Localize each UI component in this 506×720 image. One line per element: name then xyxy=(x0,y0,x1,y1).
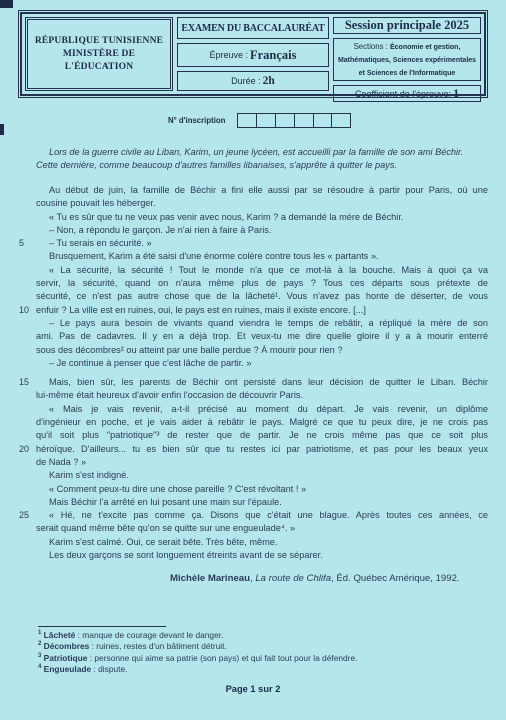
text-line: Au début de juin, la famille de Béchir a… xyxy=(36,184,488,197)
line-text: servir, la sécurité, quand on n'aura mêm… xyxy=(36,278,488,288)
inscription-box xyxy=(294,113,314,128)
text-line: 5– Tu serais en sécurité. » xyxy=(36,237,488,250)
text-line: « Mais je vais revenir, a-t-il précisé a… xyxy=(36,403,488,416)
line-text: sous des décombres² ou atteint par une b… xyxy=(36,345,342,355)
line-number: 20 xyxy=(19,443,29,456)
footnote-number: 2 xyxy=(38,642,41,648)
footnote-divider xyxy=(38,626,166,627)
exam-header-table: RÉPUBLIQUE TUNISIENNE MINISTÈRE DE L'ÉDU… xyxy=(18,10,488,98)
line-number: 5 xyxy=(19,237,24,250)
line-text: – Le pays aura besoin de vivants quand v… xyxy=(36,318,488,328)
inscription-box xyxy=(256,113,276,128)
text-line: Mais Béchir l'a arrêté en lui posant une… xyxy=(36,496,488,509)
ministry-label: MINISTÈRE DE L'ÉDUCATION xyxy=(28,48,170,74)
text-line: sous des décombres² ou atteint par une b… xyxy=(36,344,488,357)
text-line: 20héroïque. D'ailleurs... tu es bien sûr… xyxy=(36,443,488,456)
coefficient-cell: Coefficient de l'épreuve: 1 xyxy=(333,85,481,102)
footnote-term: Décombres xyxy=(44,641,90,651)
line-text: « Mais je vais revenir, a-t-il précisé a… xyxy=(36,404,488,414)
line-text: Au début de juin, la famille de Béchir a… xyxy=(36,185,488,195)
line-text: de Nada ? » xyxy=(36,457,86,467)
line-text: cousine pouvait les héberger. xyxy=(36,198,156,208)
inscription-box xyxy=(313,113,333,128)
footnote-number: 3 xyxy=(38,653,41,659)
line-text: Mais, bien sûr, les parents de Béchir on… xyxy=(36,377,488,387)
reading-text: Au début de juin, la famille de Béchir a… xyxy=(36,184,488,562)
subject-value: Français xyxy=(250,48,297,63)
exam-header-inner: RÉPUBLIQUE TUNISIENNE MINISTÈRE DE L'ÉDU… xyxy=(20,12,486,96)
footnote-term: Patriotique xyxy=(44,653,88,663)
line-text: Les deux garçons se sont longuement étre… xyxy=(36,550,323,560)
inscription-box xyxy=(237,113,257,128)
exam-paper-page: RÉPUBLIQUE TUNISIENNE MINISTÈRE DE L'ÉDU… xyxy=(0,0,506,720)
line-text: « La sécurité, la sécurité ! Tout le mon… xyxy=(36,265,488,275)
exam-title-cell: EXAMEN DU BACCALAURÉAT xyxy=(177,17,329,39)
line-text: « Tu es sûr que tu ne veux pas venir ave… xyxy=(36,212,403,222)
footnote-definition: : ruines, restes d'un bâtiment détruit. xyxy=(89,641,227,651)
exam-mid-column: EXAMEN DU BACCALAURÉAT Épreuve : Françai… xyxy=(177,17,329,91)
text-line: 15Mais, bien sûr, les parents de Béchir … xyxy=(36,376,488,389)
source-citation: Michèle Marineau, La route de Chlifa, Éd… xyxy=(170,573,460,584)
text-line: d'ingénieur en poche, et je vais aider à… xyxy=(36,416,488,429)
text-line: servir, la sécurité, quand on n'aura mêm… xyxy=(36,277,488,290)
footnote: 3 Patriotique : personne qui aime sa pat… xyxy=(38,653,478,664)
footnote: 1 Lâcheté : manque de courage devant le … xyxy=(38,630,478,641)
sections-label: Sections : xyxy=(354,42,390,51)
text-line: « La sécurité, la sécurité ! Tout le mon… xyxy=(36,264,488,277)
line-text: lui-même était heureux d'avoir enfin l'o… xyxy=(36,390,303,400)
text-line: « Tu es sûr que tu ne veux pas venir ave… xyxy=(36,211,488,224)
inscription-box xyxy=(331,113,351,128)
text-line: « Comment peux-tu dire une chose pareill… xyxy=(36,483,488,496)
text-line: lui-même était heureux d'avoir enfin l'o… xyxy=(36,389,488,402)
text-line: Brusquement, Karim a été saisi d'une éno… xyxy=(36,250,488,263)
footnote-definition: : manque de courage devant le danger. xyxy=(75,630,223,640)
duration-label: Durée : xyxy=(231,76,261,86)
text-line: Karim s'est calmé. Oui, ce serait bête. … xyxy=(36,536,488,549)
line-text: d'ingénieur en poche, et je vais aider à… xyxy=(36,417,488,427)
citation-author: Michèle Marineau xyxy=(170,573,250,584)
inscription-boxes xyxy=(237,113,351,128)
line-text: Mais Béchir l'a arrêté en lui posant une… xyxy=(36,497,282,507)
text-line: – Non, a répondu le garçon. Je n'ai rien… xyxy=(36,224,488,237)
line-number: 15 xyxy=(19,376,29,389)
text-line: serait quand même bête qu'on se quitte s… xyxy=(36,522,488,535)
text-line: ami. Pas de cadavres. Il y en a déjà tro… xyxy=(36,330,488,343)
footnote-definition: : personne qui aime sa patrie (son pays)… xyxy=(87,653,357,663)
inscription-row: N° d'inscription xyxy=(0,113,506,128)
line-number: 25 xyxy=(19,509,29,522)
text-line: de Nada ? » xyxy=(36,456,488,469)
session-cell: Session principale 2025 xyxy=(333,17,481,34)
citation-title: La route de Chlifa xyxy=(255,573,331,584)
footnotes: 1 Lâcheté : manque de courage devant le … xyxy=(38,626,478,676)
text-line: Les deux garçons se sont longuement étre… xyxy=(36,549,488,562)
footnote-number: 1 xyxy=(38,630,41,636)
line-number: 10 xyxy=(19,304,29,317)
text-line: Karim s'est indigné. xyxy=(36,469,488,482)
inscription-box xyxy=(275,113,295,128)
footnote-term: Engueulade xyxy=(44,664,91,674)
footnote: 2 Décombres : ruines, restes d'un bâtime… xyxy=(38,641,478,652)
inscription-label: N° d'inscription xyxy=(168,116,225,125)
footnote-definition: : dispute. xyxy=(91,664,127,674)
exam-right-column: Session principale 2025 Sections : Écono… xyxy=(333,17,481,91)
line-text: héroïque. D'ailleurs... tu es bien sûr q… xyxy=(36,444,488,454)
subject-cell: Épreuve : Français xyxy=(177,43,329,67)
footnotes-list: 1 Lâcheté : manque de courage devant le … xyxy=(38,630,478,676)
citation-rest: , Éd. Québec Amérique, 1992. xyxy=(331,573,460,584)
line-text: qu'il soit plus "patriotique"³ de rester… xyxy=(36,430,488,440)
ministry-cell: RÉPUBLIQUE TUNISIENNE MINISTÈRE DE L'ÉDU… xyxy=(25,17,173,91)
line-text: sécurité, ce n'est pas autre chose que d… xyxy=(36,291,488,301)
page-number: Page 1 sur 2 xyxy=(0,684,506,694)
intro-line: Lors de la guerre civile au Liban, Karim… xyxy=(36,146,488,159)
footnote-term: Lâcheté xyxy=(44,630,76,640)
footnote-number: 4 xyxy=(38,664,41,670)
text-line: qu'il soit plus "patriotique"³ de rester… xyxy=(36,429,488,442)
text-line: – Le pays aura besoin de vivants quand v… xyxy=(36,317,488,330)
intro-line: Cette dernière, comme beaucoup d'autres … xyxy=(36,159,488,172)
line-text: ami. Pas de cadavres. Il y en a déjà tro… xyxy=(36,331,488,341)
text-line: – Je continue à penser que c'est lâche d… xyxy=(36,357,488,370)
line-text: Karim s'est indigné. xyxy=(36,470,129,480)
sections-cell: Sections : Économie et gestion, Mathémat… xyxy=(333,38,481,81)
footnote: 4 Engueulade : dispute. xyxy=(38,664,478,675)
line-text: Karim s'est calmé. Oui, ce serait bête. … xyxy=(36,537,277,547)
subject-label: Épreuve : xyxy=(209,50,248,60)
line-text: – Je continue à penser que c'est lâche d… xyxy=(36,358,251,368)
coefficient-label: Coefficient de l'épreuve: xyxy=(355,89,451,99)
line-text: serait quand même bête qu'on se quitte s… xyxy=(36,523,295,533)
line-text: Brusquement, Karim a été saisi d'une éno… xyxy=(36,251,379,261)
intro-text: Lors de la guerre civile au Liban, Karim… xyxy=(36,146,488,172)
line-text: « Hé, ne t'excite pas comme ça. Disons q… xyxy=(36,510,488,520)
line-text: – Tu serais en sécurité. » xyxy=(36,238,152,248)
line-text: « Comment peux-tu dire une chose pareill… xyxy=(36,484,306,494)
text-line: cousine pouvait les héberger. xyxy=(36,197,488,210)
scan-mark-top-left xyxy=(0,0,13,8)
line-text: enfuir ? La ville est en ruines, oui, le… xyxy=(36,305,366,315)
text-line: 25« Hé, ne t'excite pas comme ça. Disons… xyxy=(36,509,488,522)
line-text: – Non, a répondu le garçon. Je n'ai rien… xyxy=(36,225,271,235)
republic-label: RÉPUBLIQUE TUNISIENNE xyxy=(35,35,163,48)
text-line: sécurité, ce n'est pas autre chose que d… xyxy=(36,290,488,303)
duration-cell: Durée : 2h xyxy=(177,71,329,91)
text-line: 10enfuir ? La ville est en ruines, oui, … xyxy=(36,304,488,317)
coefficient-value: 1 xyxy=(453,86,459,101)
duration-value: 2h xyxy=(263,75,275,87)
